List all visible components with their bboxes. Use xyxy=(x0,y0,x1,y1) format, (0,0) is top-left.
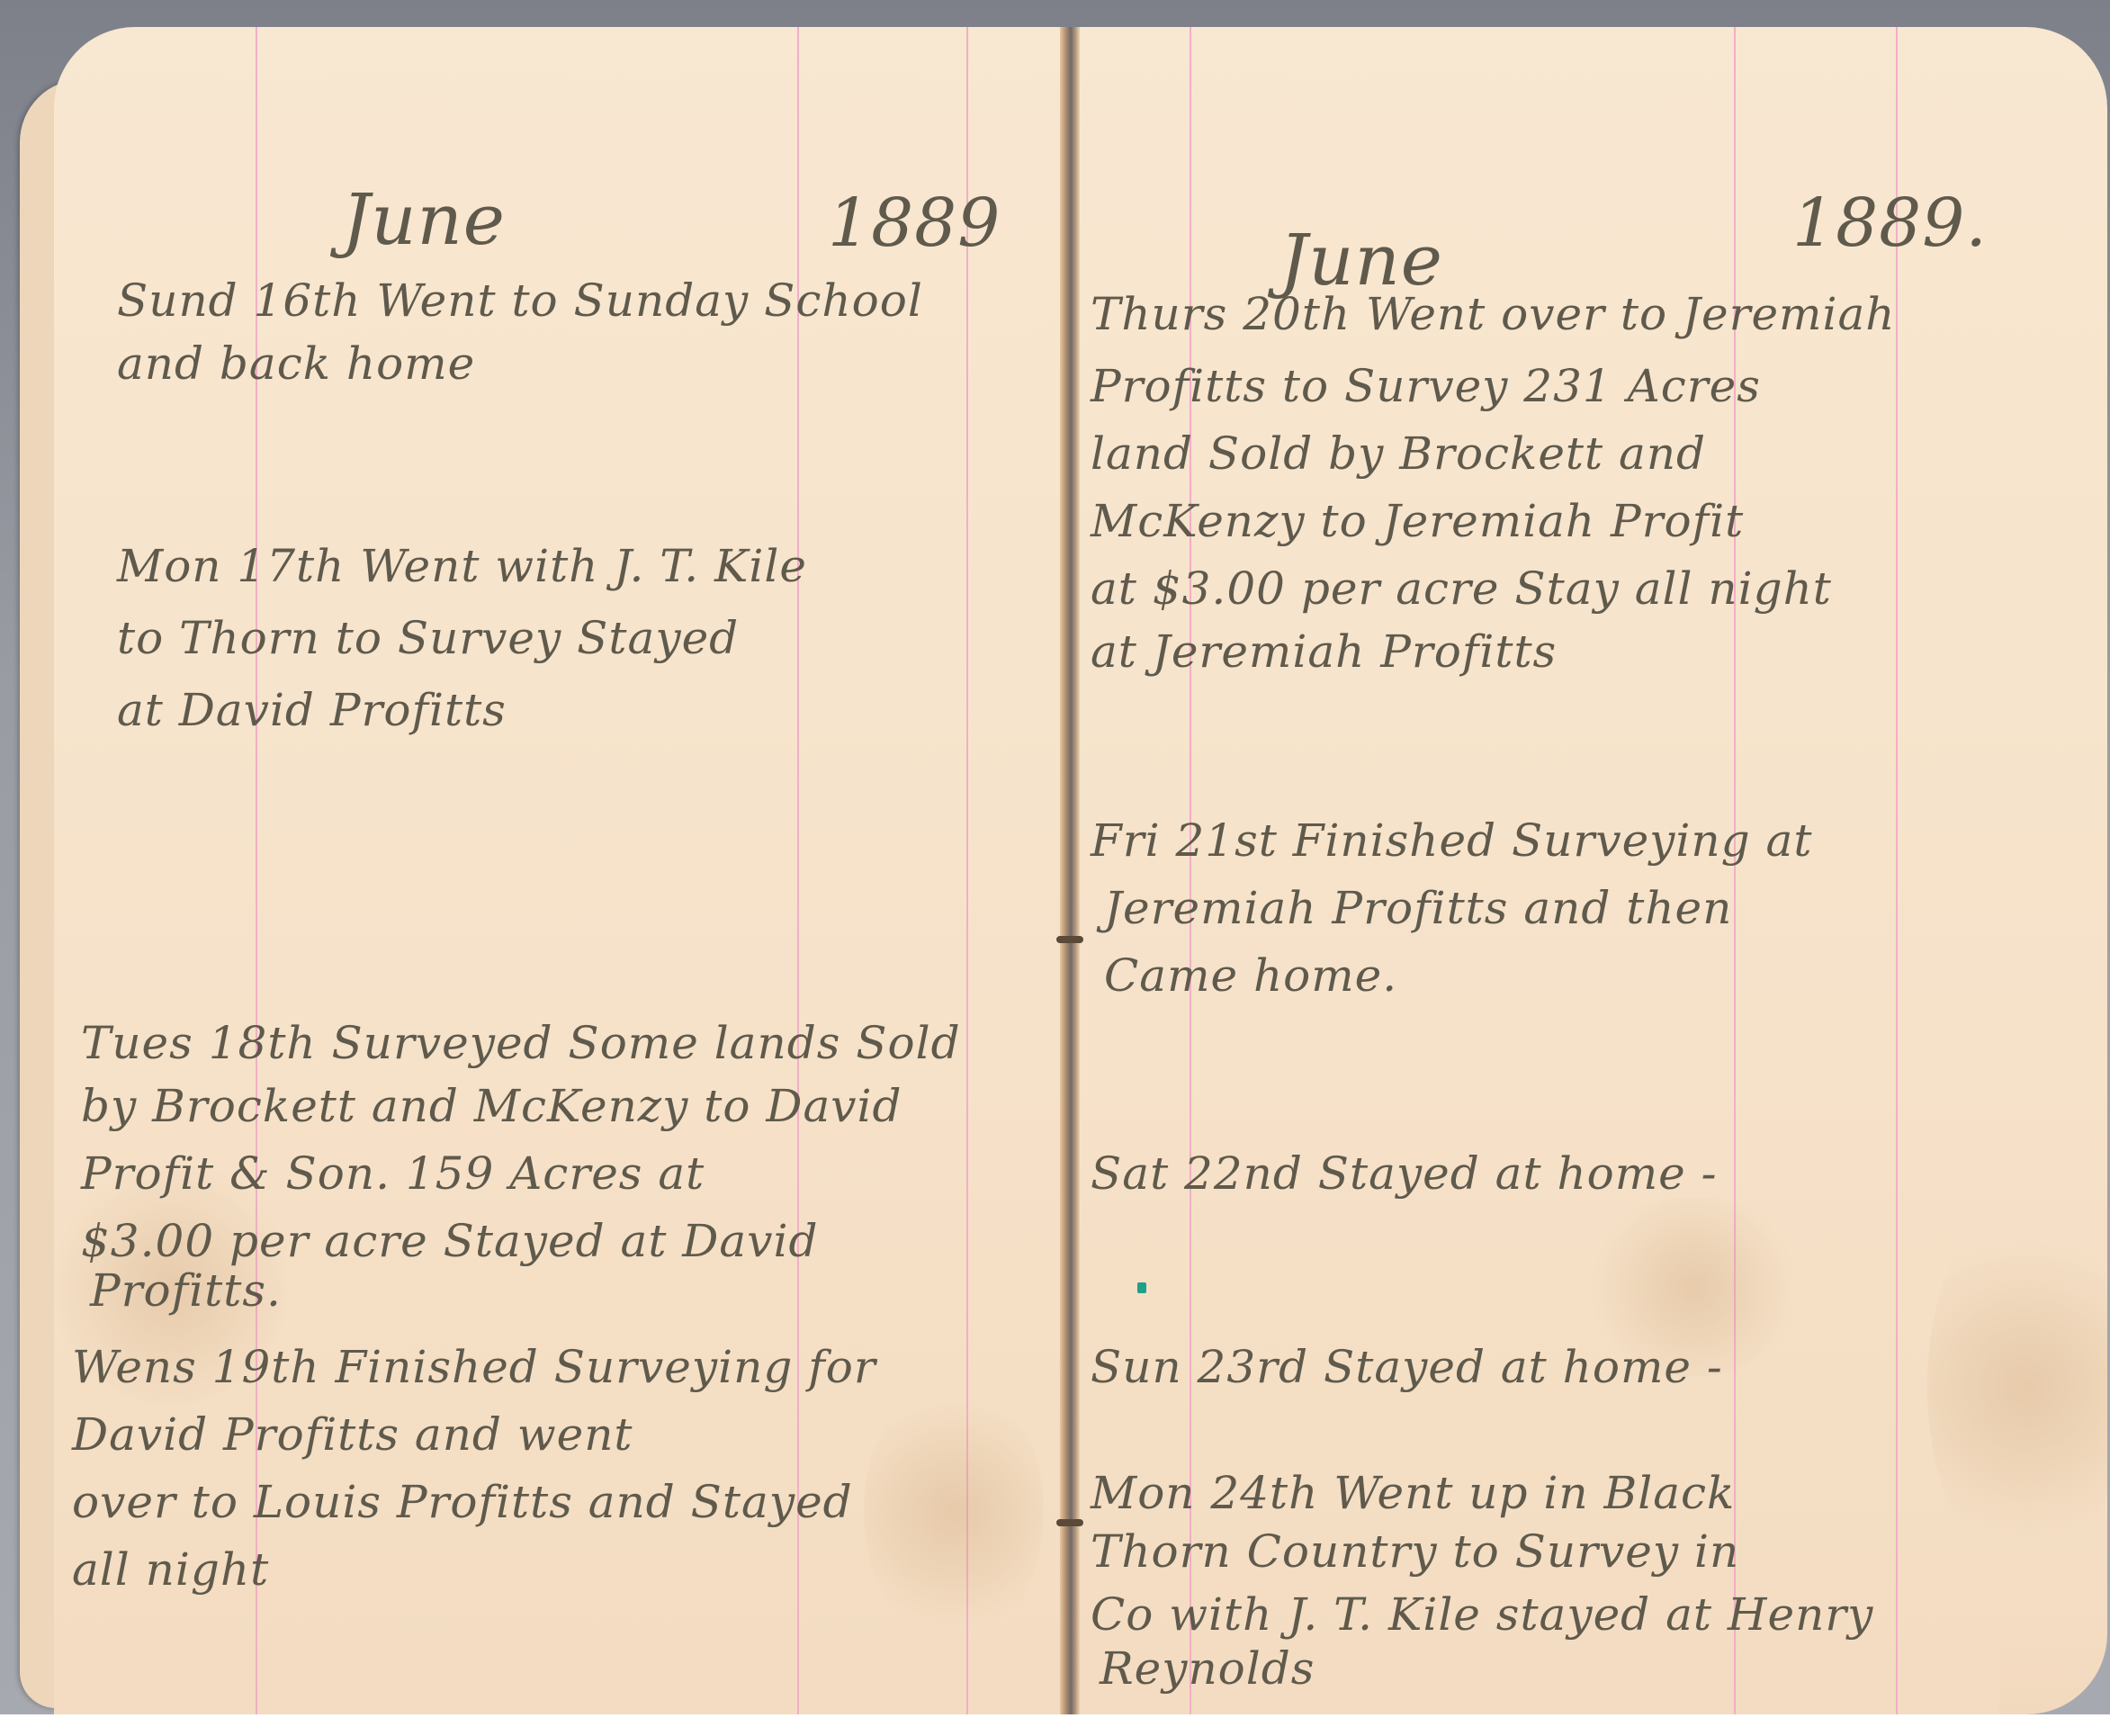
entry-line: Sun 23rd Stayed at home - xyxy=(1091,1341,1723,1393)
entry-line: Sund 16th Went to Sunday School xyxy=(117,274,923,327)
right-page: June 1889. Thurs 20th Went over to Jerem… xyxy=(1073,27,2107,1714)
entry-line: at $3.00 per acre Stay all night xyxy=(1091,562,1832,615)
entry-line: $3.00 per acre Stayed at David xyxy=(81,1215,818,1267)
left-page: June 1889 Sund 16th Went to Sunday Schoo… xyxy=(54,27,1066,1714)
scan-margin xyxy=(0,1714,2110,1736)
entry-line: Fri 21st Finished Surveying at xyxy=(1091,814,1812,867)
entry-line: all night xyxy=(72,1543,269,1596)
entry-line: Sat 22nd Stayed at home - xyxy=(1091,1147,1718,1200)
entry-line: by Brockett and McKenzy to David xyxy=(81,1080,902,1132)
entry-line: Thurs 20th Went over to Jeremiah xyxy=(1091,288,1895,340)
column-rule xyxy=(1734,27,1736,1714)
entry-line: David Profitts and went xyxy=(72,1408,633,1461)
page-corner xyxy=(1999,1606,2107,1714)
age-stain xyxy=(1927,1197,2107,1575)
entry-line: Mon 24th Went up in Black xyxy=(1091,1467,1735,1519)
entry-line: at Jeremiah Profitts xyxy=(1091,625,1557,678)
entry-line: Reynolds xyxy=(1100,1642,1315,1695)
entry-line: Mon 17th Went with J. T. Kile xyxy=(117,540,807,592)
page-year: 1889 xyxy=(828,184,1001,262)
entry-line: and back home xyxy=(117,337,475,390)
entry-line: Came home. xyxy=(1104,949,1397,1002)
entry-line: Profitts to Survey 231 Acres xyxy=(1091,360,1761,412)
age-stain xyxy=(864,1377,1044,1647)
entry-line: Wens 19th Finished Surveying for xyxy=(72,1341,876,1393)
entry-line: over to Louis Profitts and Stayed xyxy=(72,1476,853,1528)
entry-line: to Thorn to Survey Stayed xyxy=(117,612,739,664)
entry-line: at David Profitts xyxy=(117,684,507,736)
column-rule xyxy=(1896,27,1898,1714)
binding-stitch xyxy=(1056,1519,1083,1526)
notebook-spine xyxy=(1060,27,1080,1714)
margin-rule xyxy=(1190,27,1191,1714)
entry-line: Jeremiah Profitts and then xyxy=(1104,882,1732,934)
entry-line: McKenzy to Jeremiah Profit xyxy=(1091,495,1744,547)
ink-spot xyxy=(1137,1282,1146,1293)
entry-line: Thorn Country to Survey in xyxy=(1091,1525,1739,1578)
entry-line: Co with J. T. Kile stayed at Henry xyxy=(1091,1588,1873,1641)
page-month: June xyxy=(342,180,506,261)
entry-line: Tues 18th Surveyed Some lands Sold xyxy=(81,1017,961,1069)
page-year: 1889. xyxy=(1792,184,1988,262)
binding-stitch xyxy=(1056,936,1083,943)
entry-line: Profit & Son. 159 Acres at xyxy=(81,1147,705,1200)
entry-line: land Sold by Brockett and xyxy=(1091,427,1706,480)
entry-line: Profitts. xyxy=(90,1264,282,1317)
